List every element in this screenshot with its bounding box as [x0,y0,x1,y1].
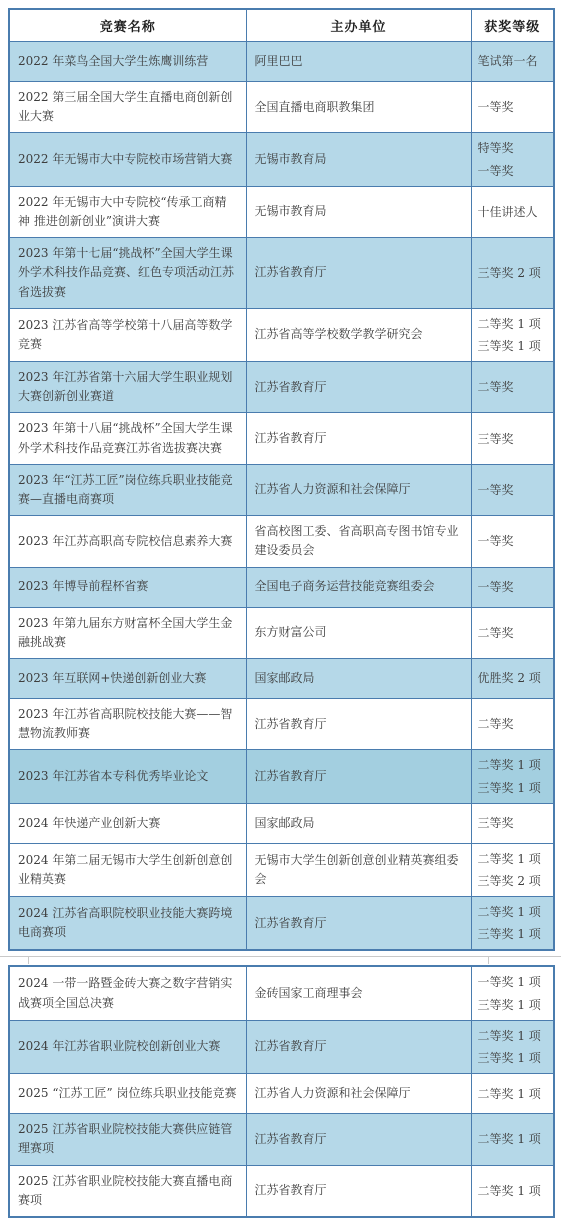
awards-table-part2: 2024 一带一路暨金砖大赛之数字营销实战赛项全国总决赛 金砖国家工商理事会 一… [8,965,555,1218]
cell-competition-name: 2023 年博导前程杯省赛 [9,567,246,607]
table-row: 2022 年无锡市大中专院校市场营销大赛 无锡市教育局 特等奖一等奖 [9,133,554,186]
cell-competition-name: 2024 年第二届无锡市大学生创新创意创业精英赛 [9,843,246,896]
cell-competition-name: 2022 年菜鸟全国大学生炼鹰训练营 [9,42,246,82]
header-cell-award: 获奖等级 [471,9,554,42]
table-row: 2025 “江苏工匠” 岗位练兵职业技能竞赛 江苏省人力资源和社会保障厅 二等奖… [9,1074,554,1114]
cell-organizer: 江苏省教育厅 [246,1114,471,1165]
award-line: 一等奖 [478,96,548,118]
cell-organizer: 无锡市大学生创新创意创业精英赛组委会 [246,843,471,896]
table-row: 2023 年博导前程杯省赛 全国电子商务运营技能竞赛组委会 一等奖 [9,567,554,607]
cell-organizer: 阿里巴巴 [246,42,471,82]
table-row: 2024 年快递产业创新大赛 国家邮政局 三等奖 [9,803,554,843]
award-line: 二等奖 1 项 [478,1083,548,1105]
cell-competition-name: 2023 年第十八届“挑战杯”全国大学生课外学术科技作品竞赛江苏省选拔赛决赛 [9,413,246,464]
document-page: 竞赛名称 主办单位 获奖等级 2022 年菜鸟全国大学生炼鹰训练营 阿里巴巴 笔… [0,0,561,1223]
table-row: 2025 江苏省职业院校技能大赛供应链管理赛项 江苏省教育厅 二等奖 1 项 [9,1114,554,1165]
cell-award: 三等奖 [471,803,554,843]
cell-award: 笔试第一名 [471,42,554,82]
cell-competition-name: 2024 年江苏省职业院校创新创业大赛 [9,1020,246,1073]
header-cell-organizer: 主办单位 [246,9,471,42]
table-row: 2024 一带一路暨金砖大赛之数字营销实战赛项全国总决赛 金砖国家工商理事会 一… [9,966,554,1020]
table-row: 2022 年菜鸟全国大学生炼鹰训练营 阿里巴巴 笔试第一名 [9,42,554,82]
table-row: 2024 江苏省高职院校职业技能大赛跨境电商赛项 江苏省教育厅 二等奖 1 项三… [9,897,554,951]
table-row: 2024 年第二届无锡市大学生创新创意创业精英赛 无锡市大学生创新创意创业精英赛… [9,843,554,896]
award-line: 二等奖 1 项 [478,1128,548,1150]
award-line: 一等奖 [478,576,548,598]
cell-competition-name: 2023 年江苏高职高专院校信息素养大赛 [9,516,246,567]
award-line: 三等奖 [478,812,548,834]
cell-organizer: 国家邮政局 [246,658,471,698]
cell-competition-name: 2025 江苏省职业院校技能大赛直播电商赛项 [9,1165,246,1217]
table-row: 2023 年江苏高职高专院校信息素养大赛 省高校图工委、省高职高专图书馆专业建设… [9,516,554,567]
award-line: 三等奖 1 项 [478,923,548,945]
cell-organizer: 江苏省教育厅 [246,750,471,803]
cell-award: 一等奖 [471,516,554,567]
cell-competition-name: 2023 年江苏省高职院校技能大赛——智慧物流教师赛 [9,698,246,749]
cell-organizer: 无锡市教育局 [246,186,471,237]
cell-organizer: 江苏省高等学校数学教学研究会 [246,308,471,361]
award-line: 二等奖 1 项 [478,754,548,776]
cell-award: 三等奖 [471,413,554,464]
award-line: 三等奖 1 项 [478,777,548,799]
cell-award: 二等奖 [471,607,554,658]
cell-competition-name: 2025 江苏省职业院校技能大赛供应链管理赛项 [9,1114,246,1165]
cell-award: 优胜奖 2 项 [471,658,554,698]
cell-award: 三等奖 2 项 [471,238,554,309]
award-line: 二等奖 1 项 [478,1180,548,1202]
cell-award: 一等奖 [471,567,554,607]
table-row: 2023 年江苏省第十六届大学生职业规划大赛创新创业赛道 江苏省教育厅 二等奖 [9,362,554,413]
cell-organizer: 东方财富公司 [246,607,471,658]
cell-award: 二等奖 1 项 [471,1074,554,1114]
cell-award: 二等奖 1 项三等奖 1 项 [471,750,554,803]
cell-award: 二等奖 1 项 [471,1114,554,1165]
award-line: 一等奖 1 项 [478,971,548,993]
cell-award: 一等奖 1 项三等奖 1 项 [471,966,554,1020]
award-line: 一等奖 [478,479,548,501]
award-line: 二等奖 1 项 [478,313,548,335]
cell-award: 一等奖 [471,82,554,133]
cell-competition-name: 2022 第三届全国大学生直播电商创新创业大赛 [9,82,246,133]
award-line: 优胜奖 2 项 [478,667,548,689]
table-row: 2023 年江苏省高职院校技能大赛——智慧物流教师赛 江苏省教育厅 二等奖 [9,698,554,749]
award-line: 三等奖 1 项 [478,1047,548,1069]
cell-organizer: 国家邮政局 [246,803,471,843]
cell-competition-name: 2024 江苏省高职院校职业技能大赛跨境电商赛项 [9,897,246,951]
table-row: 2022 年无锡市大中专院校“传承工商精神 推进创新创业”演讲大赛 无锡市教育局… [9,186,554,237]
cell-award: 二等奖 [471,362,554,413]
award-line: 十佳讲述人 [478,201,548,223]
cell-competition-name: 2023 年江苏省第十六届大学生职业规划大赛创新创业赛道 [9,362,246,413]
cell-competition-name: 2024 年快递产业创新大赛 [9,803,246,843]
award-line: 三等奖 [478,428,548,450]
table-row: 2023 年第十八届“挑战杯”全国大学生课外学术科技作品竞赛江苏省选拔赛决赛 江… [9,413,554,464]
cell-competition-name: 2023 年互联网+快递创新创业大赛 [9,658,246,698]
table-row: 2023 年互联网+快递创新创业大赛 国家邮政局 优胜奖 2 项 [9,658,554,698]
cell-organizer: 江苏省教育厅 [246,1020,471,1073]
cell-award: 二等奖 [471,698,554,749]
award-line: 二等奖 [478,376,548,398]
cell-organizer: 全国电子商务运营技能竞赛组委会 [246,567,471,607]
award-line: 二等奖 1 项 [478,1025,548,1047]
cell-organizer: 无锡市教育局 [246,133,471,186]
award-line: 一等奖 [478,160,548,182]
cell-organizer: 全国直播电商职教集团 [246,82,471,133]
page-break-line [0,956,561,957]
award-line: 三等奖 2 项 [478,262,548,284]
cell-organizer: 江苏省教育厅 [246,1165,471,1217]
cell-award: 二等奖 1 项三等奖 1 项 [471,1020,554,1073]
cell-organizer: 江苏省教育厅 [246,897,471,951]
award-line: 三等奖 1 项 [478,994,548,1016]
award-line: 笔试第一名 [478,50,548,72]
cell-organizer: 江苏省人力资源和社会保障厅 [246,464,471,515]
table-row: 2024 年江苏省职业院校创新创业大赛 江苏省教育厅 二等奖 1 项三等奖 1 … [9,1020,554,1073]
cell-award: 一等奖 [471,464,554,515]
cell-organizer: 江苏省教育厅 [246,413,471,464]
cell-organizer: 江苏省教育厅 [246,362,471,413]
cell-competition-name: 2023 江苏省高等学校第十八届高等数学竞赛 [9,308,246,361]
cell-award: 十佳讲述人 [471,186,554,237]
award-line: 二等奖 1 项 [478,848,548,870]
cell-organizer: 省高校图工委、省高职高专图书馆专业建设委员会 [246,516,471,567]
cell-organizer: 江苏省教育厅 [246,238,471,309]
table-header-row: 竞赛名称 主办单位 获奖等级 [9,9,554,42]
table-row: 2023 年第九届东方财富杯全国大学生金融挑战赛 东方财富公司 二等奖 [9,607,554,658]
table-row: 2023 年江苏省本专科优秀毕业论文 江苏省教育厅 二等奖 1 项三等奖 1 项 [9,750,554,803]
table-row: 2023 年第十七届“挑战杯”全国大学生课外学术科技作品竞赛、红色专项活动江苏省… [9,238,554,309]
page-break-tick-right [488,956,489,964]
table-row: 2025 江苏省职业院校技能大赛直播电商赛项 江苏省教育厅 二等奖 1 项 [9,1165,554,1217]
page-break-tick-left [28,956,29,964]
header-cell-competition: 竞赛名称 [9,9,246,42]
award-line: 一等奖 [478,530,548,552]
table-row: 2023 年“江苏工匠”岗位练兵职业技能竞赛—直播电商赛项 江苏省人力资源和社会… [9,464,554,515]
cell-competition-name: 2023 年江苏省本专科优秀毕业论文 [9,750,246,803]
cell-award: 二等奖 1 项三等奖 2 项 [471,843,554,896]
awards-table-part1: 竞赛名称 主办单位 获奖等级 2022 年菜鸟全国大学生炼鹰训练营 阿里巴巴 笔… [8,8,555,951]
cell-competition-name: 2025 “江苏工匠” 岗位练兵职业技能竞赛 [9,1074,246,1114]
award-line: 三等奖 1 项 [478,335,548,357]
cell-competition-name: 2023 年“江苏工匠”岗位练兵职业技能竞赛—直播电商赛项 [9,464,246,515]
award-line: 三等奖 2 项 [478,870,548,892]
cell-organizer: 江苏省教育厅 [246,698,471,749]
cell-award: 二等奖 1 项 [471,1165,554,1217]
cell-competition-name: 2023 年第九届东方财富杯全国大学生金融挑战赛 [9,607,246,658]
cell-competition-name: 2022 年无锡市大中专院校市场营销大赛 [9,133,246,186]
cell-competition-name: 2023 年第十七届“挑战杯”全国大学生课外学术科技作品竞赛、红色专项活动江苏省… [9,238,246,309]
award-line: 特等奖 [478,137,548,159]
cell-award: 二等奖 1 项三等奖 1 项 [471,897,554,951]
award-line: 二等奖 [478,622,548,644]
cell-organizer: 金砖国家工商理事会 [246,966,471,1020]
award-line: 二等奖 1 项 [478,901,548,923]
cell-organizer: 江苏省人力资源和社会保障厅 [246,1074,471,1114]
cell-competition-name: 2024 一带一路暨金砖大赛之数字营销实战赛项全国总决赛 [9,966,246,1020]
table-row: 2022 第三届全国大学生直播电商创新创业大赛 全国直播电商职教集团 一等奖 [9,82,554,133]
cell-award: 二等奖 1 项三等奖 1 项 [471,308,554,361]
cell-award: 特等奖一等奖 [471,133,554,186]
page-break-divider [0,951,561,965]
cell-competition-name: 2022 年无锡市大中专院校“传承工商精神 推进创新创业”演讲大赛 [9,186,246,237]
award-line: 二等奖 [478,713,548,735]
table-row: 2023 江苏省高等学校第十八届高等数学竞赛 江苏省高等学校数学教学研究会 二等… [9,308,554,361]
